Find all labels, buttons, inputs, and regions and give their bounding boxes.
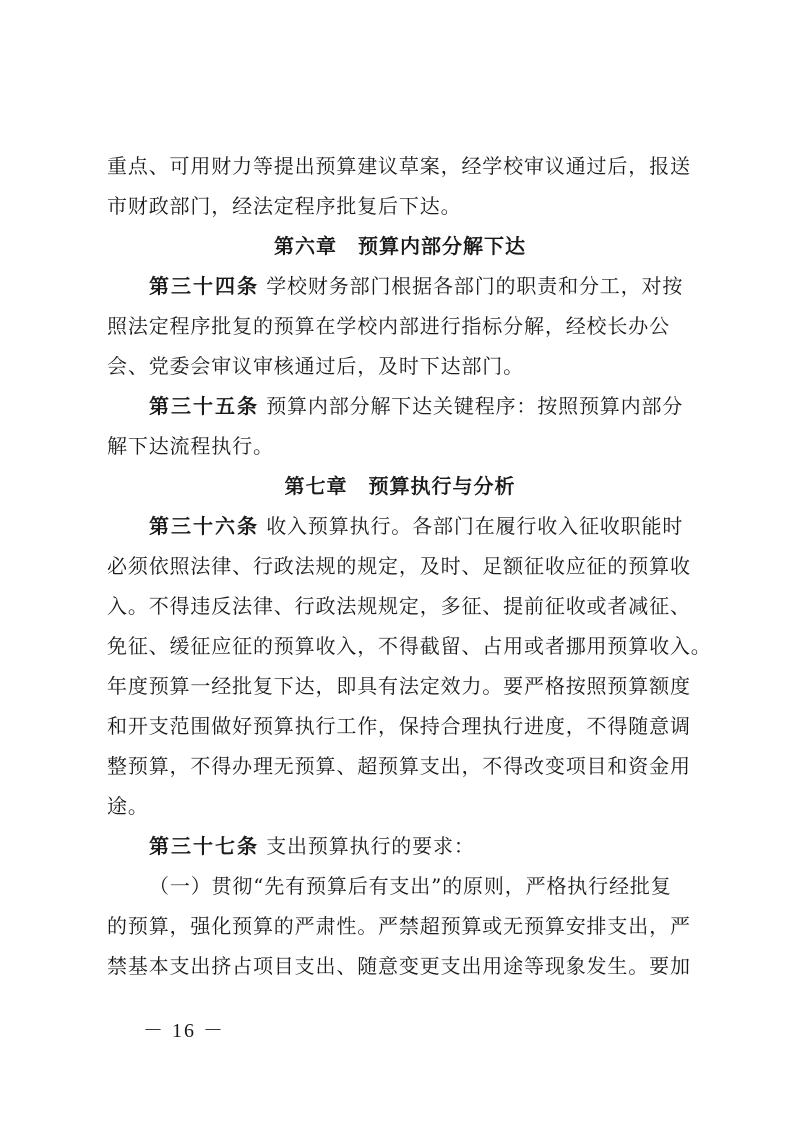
article-34: 第三十四条 学校财务部门根据各部门的职责和分工，对按 — [107, 266, 693, 306]
article-title: 第三十五条 — [149, 394, 259, 418]
paragraph-line: 照法定程序批复的预算在学校内部进行指标分解，经校长办公 — [107, 306, 693, 346]
paragraph-line: 整预算，不得办理无预算、超预算支出，不得改变项目和资金用 — [107, 746, 693, 786]
paragraph-line: 和开支范围做好预算执行工作，保持合理执行进度，不得随意调 — [107, 706, 693, 746]
paragraph-line: 解下达流程执行。 — [107, 426, 693, 466]
list-item-line: （一）贯彻“先有预算后有支出”的原则，严格执行经批复 — [107, 866, 693, 906]
paragraph-line: 的预算，强化预算的严肃性。严禁超预算或无预算安排支出，严 — [107, 906, 693, 946]
paragraph-line: 必须依照法律、行政法规的规定，及时、足额征收应征的预算收 — [107, 546, 693, 586]
chapter-heading-7: 第七章 预算执行与分析 — [107, 466, 693, 506]
paragraph-line: 重点、可用财力等提出预算建议草案，经学校审议通过后，报送 — [107, 146, 693, 186]
document-page: 重点、可用财力等提出预算建议草案，经学校审议通过后，报送 市财政部门，经法定程序… — [107, 146, 693, 986]
article-title: 第三十七条 — [149, 834, 259, 858]
page-number: － 16 － — [143, 1014, 225, 1043]
article-text: 预算内部分解下达关键程序：按照预算内部分 — [259, 394, 683, 418]
article-36: 第三十六条 收入预算执行。各部门在履行收入征收职能时 — [107, 506, 693, 546]
paragraph-line: 免征、缓征应征的预算收入，不得截留、占用或者挪用预算收入。 — [107, 626, 693, 666]
paragraph-line: 会、党委会审议审核通过后，及时下达部门。 — [107, 346, 693, 386]
paragraph-line: 禁基本支出挤占项目支出、随意变更支出用途等现象发生。要加 — [107, 946, 693, 986]
article-35: 第三十五条 预算内部分解下达关键程序：按照预算内部分 — [107, 386, 693, 426]
article-37: 第三十七条 支出预算执行的要求： — [107, 826, 693, 866]
paragraph-line: 途。 — [107, 786, 693, 826]
paragraph-line: 入。不得违反法律、行政法规规定，多征、提前征收或者减征、 — [107, 586, 693, 626]
article-text: 学校财务部门根据各部门的职责和分工，对按 — [259, 274, 683, 298]
article-text: 收入预算执行。各部门在履行收入征收职能时 — [259, 514, 683, 538]
chapter-heading-6: 第六章 预算内部分解下达 — [107, 226, 693, 266]
article-title: 第三十四条 — [149, 274, 259, 298]
paragraph-line: 市财政部门，经法定程序批复后下达。 — [107, 186, 693, 226]
article-title: 第三十六条 — [149, 514, 259, 538]
article-text: 支出预算执行的要求： — [259, 834, 475, 858]
paragraph-line: 年度预算一经批复下达，即具有法定效力。要严格按照预算额度 — [107, 666, 693, 706]
